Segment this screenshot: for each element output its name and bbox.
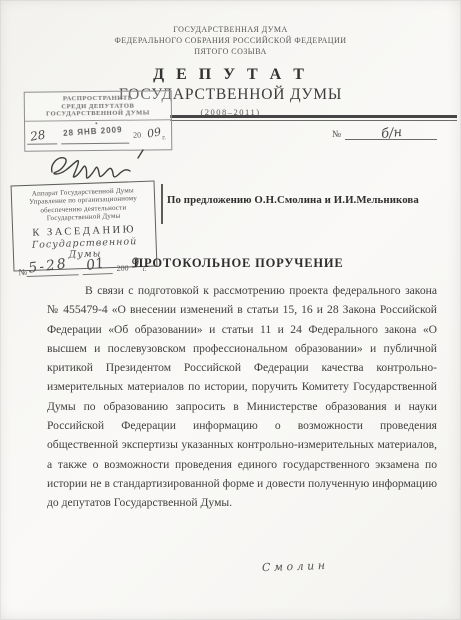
header-divider	[170, 115, 457, 121]
stamp1-line-3: ГОСУДАРСТВЕННОЙ ДУМЫ	[25, 109, 171, 118]
proposal-margin-line	[161, 184, 163, 224]
org-line-2: ФЕДЕРАЛЬНОГО СОБРАНИЯ РОССИЙСКОЙ ФЕДЕРАЦ…	[0, 35, 461, 46]
stamp1-date-stamp: 28 ЯНВ 2009	[63, 125, 123, 138]
handwritten-signature-name: Смолин	[262, 559, 329, 574]
document-body: В связи с подготовкой к рассмотрению про…	[47, 281, 437, 513]
stamp1-handwritten-year: 09	[146, 125, 162, 140]
stamp1-year-prefix: 20	[133, 130, 141, 139]
number-underline: б/н	[345, 124, 437, 140]
stamp1-year-suffix: г.	[162, 133, 166, 141]
number-value-handwritten: б/н	[380, 125, 402, 142]
org-line-1: ГОСУДАРСТВЕННАЯ ДУМА	[0, 24, 461, 35]
document-number: №б/н	[332, 124, 437, 140]
document-title: ПРОТОКОЛЬНОЕ ПОРУЧЕНИЕ	[8, 256, 461, 271]
proposal-line: По предложению О.Н.Смолина и И.И.Мельник…	[167, 194, 455, 206]
org-line-3: ПЯТОГО СОЗЫВА	[0, 46, 461, 57]
number-label: №	[332, 130, 341, 140]
document-page: ГОСУДАРСТВЕННАЯ ДУМА ФЕДЕРАЛЬНОГО СОБРАН…	[0, 0, 461, 620]
stamp2-underline-mid	[83, 273, 113, 275]
distribution-stamp-text: РАСПРОСТРАНИТЬ СРЕДИ ДЕПУТАТОВ ГОСУДАРСТ…	[25, 91, 171, 118]
deputy-title: Д Е П У Т А Т	[0, 66, 461, 84]
stamp1-handwritten-number: 28	[29, 127, 46, 143]
